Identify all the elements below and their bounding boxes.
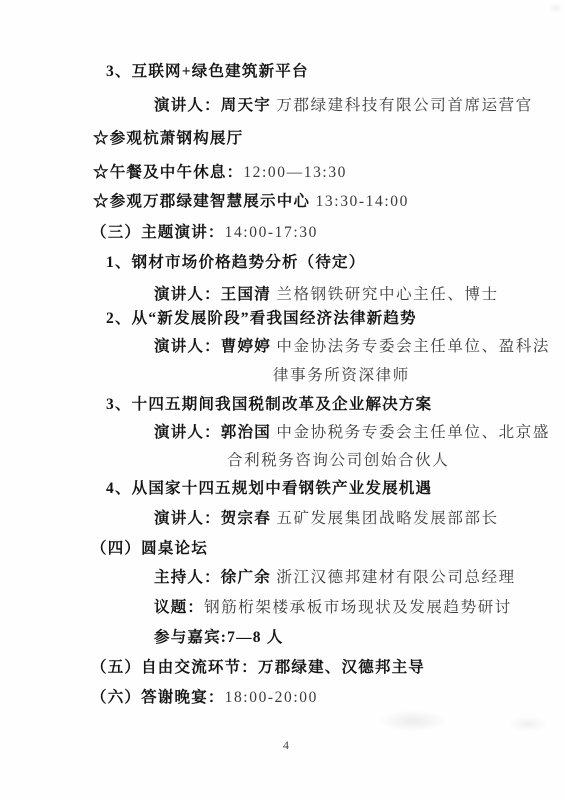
scan-smudge bbox=[508, 716, 548, 732]
speaker-label-text: 演讲人：曹婷婷 bbox=[154, 338, 271, 355]
speaker-title-text: 兰格钢铁研究中心主任、博士 bbox=[271, 286, 499, 303]
section-roundtable-forum: （四）圆桌论坛 bbox=[91, 539, 208, 559]
speaker-title-text: 中金协法务专委会主任单位、盈科法 bbox=[271, 338, 550, 355]
star-item-text: ☆参观万郡绿建智慧展示中心 bbox=[93, 193, 310, 210]
speaker-title-text: 万郡绿建科技有限公司首席运营官 bbox=[271, 97, 533, 114]
speaker-cao-tingting: 演讲人：曹婷婷 中金协法务专委会主任单位、盈科法 bbox=[154, 337, 550, 357]
item-internet-platform: 3、互联网+绿色建筑新平台 bbox=[106, 62, 309, 82]
item-steel-price-trend: 1、钢材市场价格趋势分析（待定） bbox=[106, 253, 365, 273]
lunch-break: ☆午餐及中午休息：12:00—13:30 bbox=[93, 163, 347, 183]
speaker-label-text: 演讲人：王国清 bbox=[154, 286, 271, 303]
speaker-label-text: 演讲人：周天宇 bbox=[154, 97, 271, 114]
section-banquet: （六）答谢晚宴：18:00-20:00 bbox=[91, 688, 318, 708]
topic-detail-text: 钢筋桁架楼承板市场现状及发展趋势研讨 bbox=[204, 599, 512, 616]
item-title-text: 3、十四五期间我国税制改革及企业解决方案 bbox=[106, 396, 432, 413]
section-title-text: （六）答谢晚宴： bbox=[91, 689, 225, 706]
page-number: 4 bbox=[283, 738, 289, 753]
topic-label-text: 议题： bbox=[154, 599, 204, 616]
item-title-text: 4、从国家十四五规划中看钢铁产业发展机遇 bbox=[106, 480, 432, 497]
speaker-cao-tingting-wrap: 律事务所资深律师 bbox=[273, 366, 410, 386]
roundtable-guests: 参与嘉宾:7—8 人 bbox=[154, 628, 284, 648]
speaker-title-text: 五矿发展集团战略发展部部长 bbox=[271, 510, 499, 527]
speaker-wang-guoqing: 演讲人：王国清 兰格钢铁研究中心主任、博士 bbox=[154, 285, 499, 305]
item-title-text: 3、互联网+绿色建筑新平台 bbox=[106, 63, 309, 80]
document-page: 3、互联网+绿色建筑新平台 演讲人：周天宇 万郡绿建科技有限公司首席运营官 ☆参… bbox=[0, 0, 565, 800]
host-title-text: 浙江汉德邦建材有限公司总经理 bbox=[271, 569, 516, 586]
item-tax-reform: 3、十四五期间我国税制改革及企业解决方案 bbox=[106, 395, 432, 415]
visit-wanjun-center: ☆参观万郡绿建智慧展示中心 13:30-14:00 bbox=[93, 192, 409, 212]
speaker-title-text: 律事务所资深律师 bbox=[273, 367, 410, 384]
speaker-guo-zhiguo: 演讲人：郭治国 中金协税务专委会主任单位、北京盛 bbox=[154, 423, 550, 443]
visit-hangxiao-hall: ☆参观杭萧钢构展厅 bbox=[93, 129, 243, 149]
speaker-title-text: 合利税务咨询公司创始合伙人 bbox=[227, 452, 449, 469]
scan-smudge bbox=[548, 2, 564, 14]
item-title-text: 1、钢材市场价格趋势分析（待定） bbox=[106, 254, 365, 271]
speaker-label-text: 演讲人：郭治国 bbox=[154, 424, 271, 441]
section-keynote-speeches: （三）主题演讲：14:00-17:30 bbox=[91, 223, 318, 243]
time-range-text: 14:00-17:30 bbox=[225, 224, 318, 241]
star-item-text: ☆午餐及中午休息： bbox=[93, 164, 243, 181]
speaker-he-zongchun: 演讲人：贺宗春 五矿发展集团战略发展部部长 bbox=[154, 509, 499, 529]
section-free-exchange: （五）自由交流环节：万郡绿建、汉德邦主导 bbox=[91, 658, 425, 678]
item-steel-industry-opportunity: 4、从国家十四五规划中看钢铁产业发展机遇 bbox=[106, 479, 432, 499]
time-range-text: 12:00—13:30 bbox=[243, 164, 347, 181]
host-label-text: 主持人：徐广余 bbox=[154, 569, 271, 586]
speaker-title-text: 中金协税务专委会主任单位、北京盛 bbox=[271, 424, 550, 441]
item-title-text: 2、从“新发展阶段”看我国经济法律新趋势 bbox=[106, 310, 417, 327]
speaker-guo-zhiguo-wrap: 合利税务咨询公司创始合伙人 bbox=[227, 451, 449, 471]
speaker-zhou-tianyu: 演讲人：周天宇 万郡绿建科技有限公司首席运营官 bbox=[154, 96, 533, 116]
time-range-text: 18:00-20:00 bbox=[225, 689, 318, 706]
guests-label-text: 参与嘉宾:7—8 人 bbox=[154, 629, 284, 646]
section-title-text: （三）主题演讲： bbox=[91, 224, 225, 241]
roundtable-topic: 议题：钢筋桁架楼承板市场现状及发展趋势研讨 bbox=[154, 598, 512, 618]
item-economic-law-trend: 2、从“新发展阶段”看我国经济法律新趋势 bbox=[106, 309, 417, 329]
speaker-label-text: 演讲人：贺宗春 bbox=[154, 510, 271, 527]
section-title-text: （五）自由交流环节：万郡绿建、汉德邦主导 bbox=[91, 659, 425, 676]
time-range-text: 13:30-14:00 bbox=[310, 193, 409, 210]
scan-smudge bbox=[378, 710, 448, 732]
section-title-text: （四）圆桌论坛 bbox=[91, 540, 208, 557]
host-xu-guangyu: 主持人：徐广余 浙江汉德邦建材有限公司总经理 bbox=[154, 568, 516, 588]
star-item-text: ☆参观杭萧钢构展厅 bbox=[93, 130, 243, 147]
